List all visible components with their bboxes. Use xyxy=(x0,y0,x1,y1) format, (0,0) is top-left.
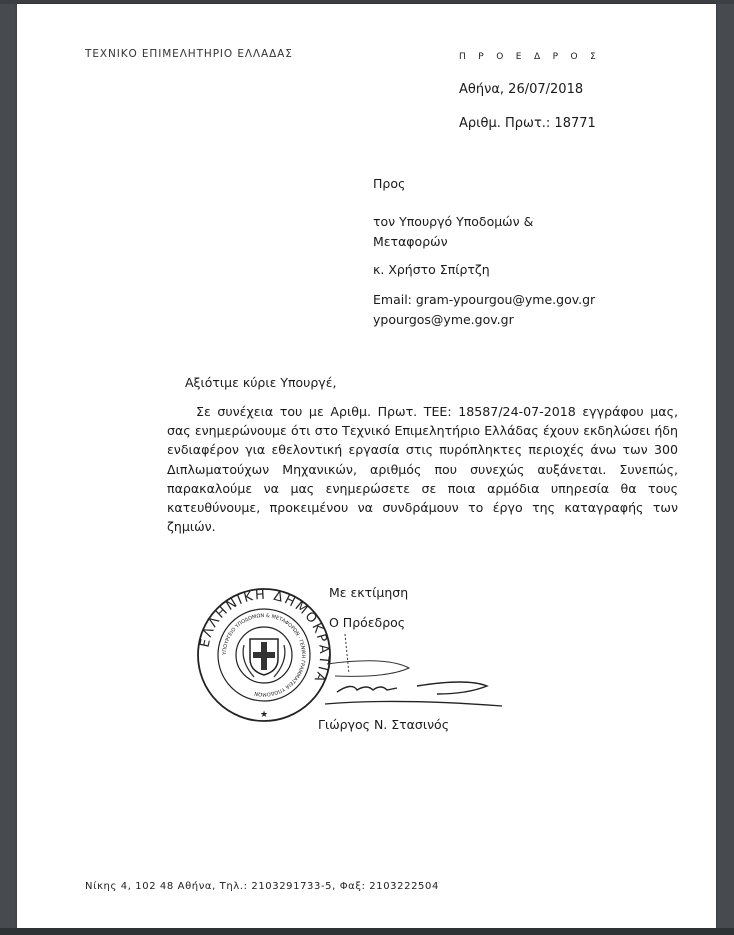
recipient-title-line1: τον Υπουργό Υποδομών & xyxy=(373,214,533,229)
letter-body: Σε συνέχεια του με Αριθμ. Πρωτ. ΤΕΕ: 185… xyxy=(167,402,678,536)
closing-regards: Με εκτίμηση xyxy=(329,585,408,600)
signature-icon xyxy=(317,634,507,724)
recipient-to-label: Προς xyxy=(373,176,405,191)
signatory-title: Ο Πρόεδρος xyxy=(329,615,405,630)
document-page: ΤΕΧΝΙΚΟ ΕΠΙΜΕΛΗΤΗΡΙΟ ΕΛΛΑΔΑΣ ΠΡΟΕΔΡΟΣ Αθ… xyxy=(17,4,716,928)
salutation: Αξιότιμε κύριε Υπουργέ, xyxy=(185,375,336,390)
signatory-name: Γιώργος Ν. Στασινός xyxy=(318,717,449,732)
official-stamp-icon: ΕΛΛΗΝΙΚΗ ΔΗΜΟΚΡΑΤΙΑ ΥΠΟΥΡΓΕΙΟ ΥΠΟΔΟΜΩΝ &… xyxy=(196,587,332,723)
footer-address: Νίκης 4, 102 48 Αθήνα, Τηλ.: 2103291733-… xyxy=(85,881,439,892)
svg-text:★: ★ xyxy=(260,710,268,720)
svg-text:ΕΛΛΗΝΙΚΗ ΔΗΜΟΚΡΑΤΙΑ: ΕΛΛΗΝΙΚΗ ΔΗΜΟΚΡΑΤΙΑ xyxy=(197,588,331,686)
recipient-title-line2: Μεταφορών xyxy=(373,234,448,249)
protocol-number: Αριθμ. Πρωτ.: 18771 xyxy=(459,116,596,131)
date-line: Αθήνα, 26/07/2018 xyxy=(459,82,583,97)
recipient-email-1: Email: gram-ypourgou@yme.gov.gr xyxy=(373,292,595,307)
organization-name: ΤΕΧΝΙΚΟ ΕΠΙΜΕΛΗΤΗΡΙΟ ΕΛΛΑΔΑΣ xyxy=(85,48,293,60)
recipient-email-2: ypourgos@yme.gov.gr xyxy=(373,312,514,327)
viewer-bottom-bar xyxy=(0,928,734,935)
office-title: ΠΡΟΕΔΡΟΣ xyxy=(459,52,608,62)
recipient-name: κ. Χρήστο Σπίρτζη xyxy=(373,262,490,277)
